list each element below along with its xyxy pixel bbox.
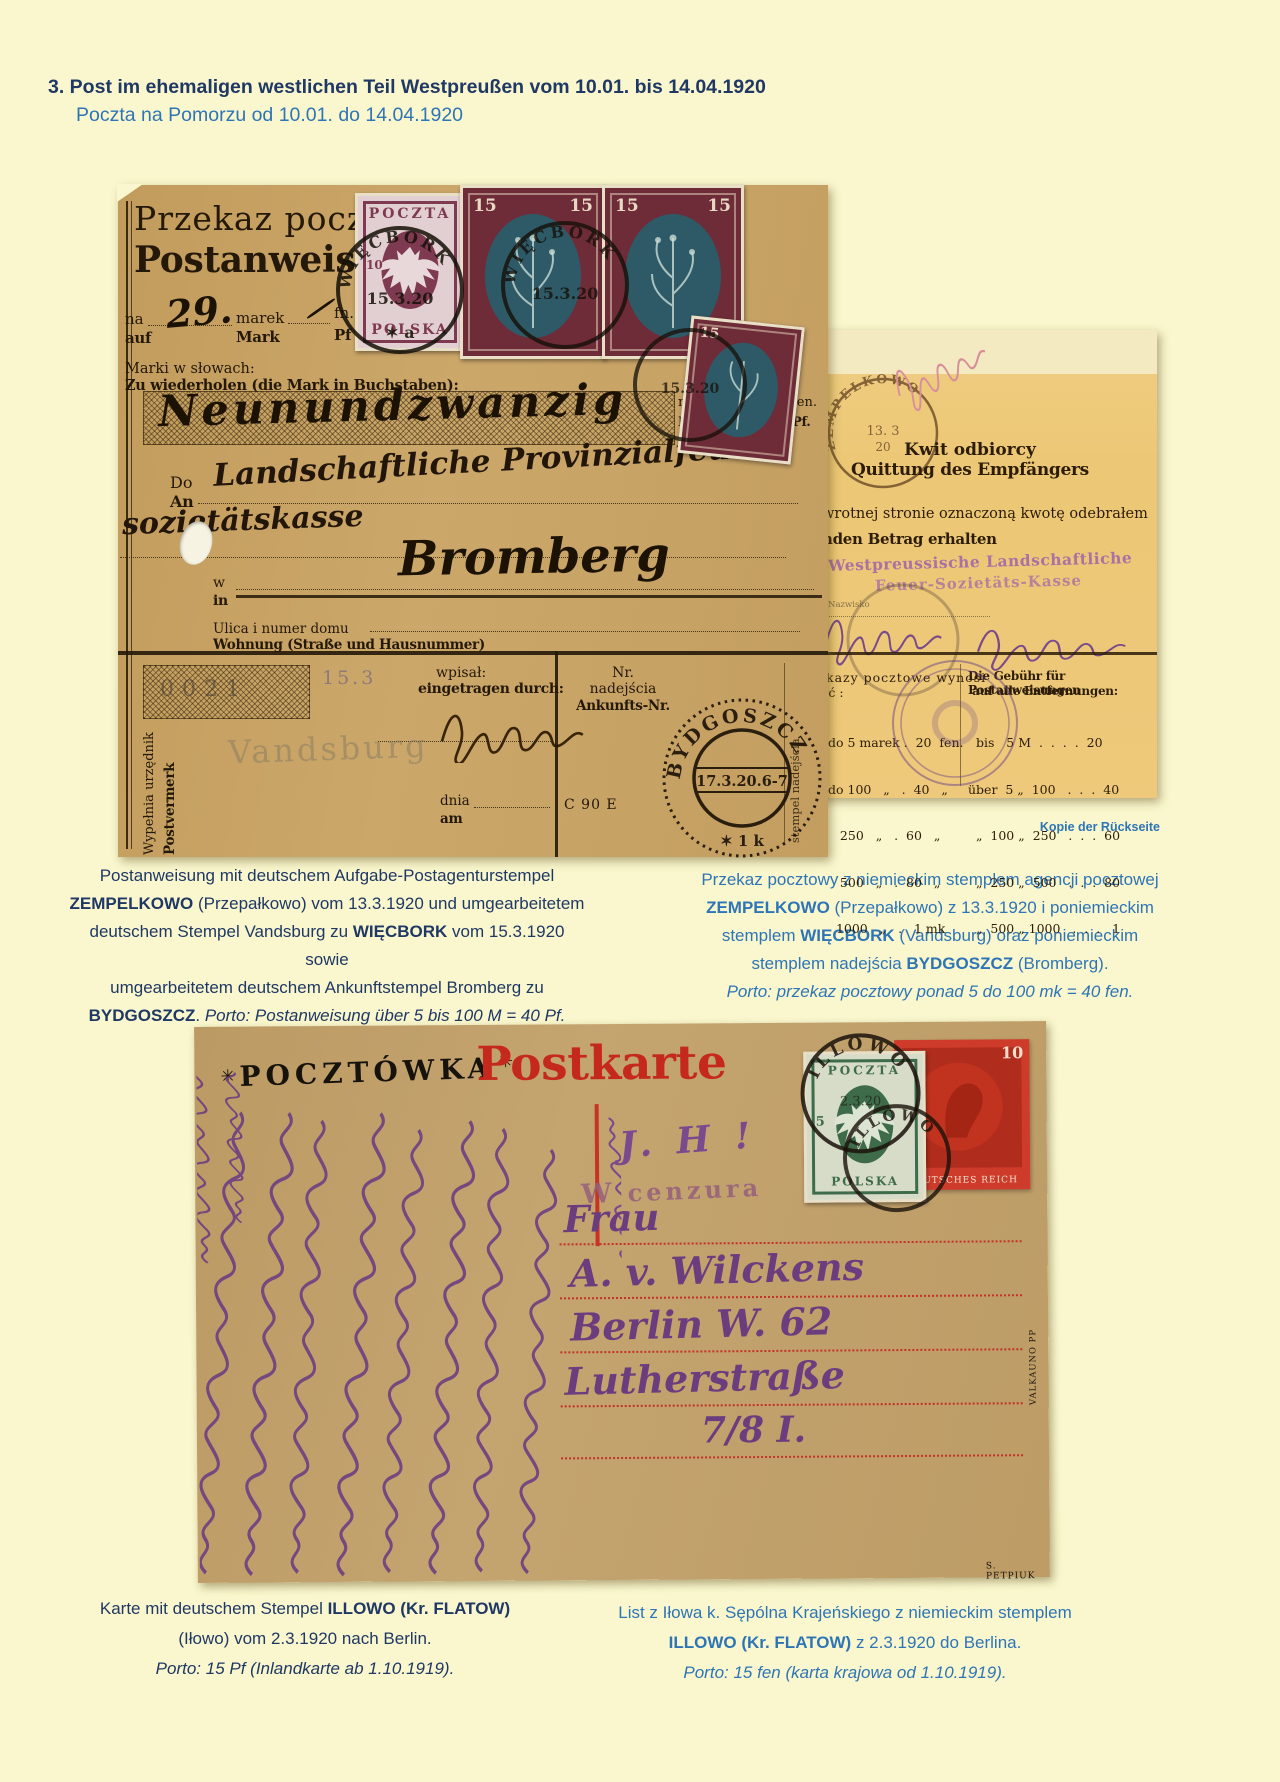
dnia-label: dnia [440,793,470,809]
caption-line: ZEMPELKOWO (Przepałkowo) vom 13.3.1920 u… [67,890,587,918]
cell-divider [555,651,558,857]
receipt-text-pl: wrotnej stronie oznaczoną kwotę odebrałe… [822,506,1148,522]
caption-line: Postanweisung mit deutschem Aufgabe-Post… [67,862,587,890]
svg-text:17.3.20.6-7: 17.3.20.6-7 [696,773,788,790]
address-ruled-line [561,1454,1023,1459]
postcard: ✳POCZTÓWKA✳ Postkarte J. H ! 10 DEUTSCHE… [194,1021,1050,1583]
album-page: 3. Post im ehemaligen westlichen Teil We… [0,0,1280,1782]
svg-text:15.3.20: 15.3.20 [661,381,720,397]
side-label-de: Postvermerk [162,690,178,855]
city-handwriting: Bromberg [398,527,671,588]
caption-line: (Iłowo) vom 2.3.1920 nach Berlin. [65,1624,545,1654]
fee-row: 1000 „ . 1 mk [828,921,963,937]
auf-label: auf [125,329,151,347]
arrival-nr-label: Nr. [578,665,668,681]
street-label-pl: Ulica i numer domu [213,621,349,637]
violet-handstamp-line1: Westpreussische Landschaftliche [828,548,1133,575]
caption-line: umgearbeitetem deutschem Ankunftstempel … [67,974,587,1002]
page-subtitle: Poczta na Pomorzu od 10.01. do 14.04.192… [76,104,463,127]
amount-handwriting: 29. [164,286,234,337]
caption-postcard-de: Karte mit deutschem Stempel ILLOWO (Kr. … [65,1594,545,1684]
address-ruled-line [561,1402,1023,1407]
arrival-stamp-column: stempel nadejścia [784,663,802,843]
marek-label: marek [236,309,284,327]
money-order-card: Przekaz pocztowy Postanweisung na marek … [118,185,828,857]
addressee-line-2: sozietätskasse [121,499,364,542]
form-code: C 90 E [564,797,618,813]
wiecbork-postmark: WIĘCBORK 15.3.20 ✶ a [325,215,475,365]
fee-row: 500 „ . 80 „ [828,875,963,891]
leader [288,323,330,324]
w-label: w [213,575,225,591]
pink-scribble [878,344,988,434]
side-label-pl: Wypełnia urzędnik [142,690,157,855]
svg-text:✶ 1 k: ✶ 1 k [720,832,764,850]
caption-money-order-de: Postanweisung mit deutschem Aufgabe-Post… [67,862,587,1030]
svg-text:✶ a: ✶ a [385,323,414,342]
fee-row: „ 100 „ 250 . . . 60 [968,828,1120,844]
printer-imprint-corner: S. PETPIUK [986,1561,1050,1581]
place-rule [236,595,822,598]
serial-date: 15.3 [322,667,376,689]
svg-text:WIĘCBORK: WIĘCBORK [334,226,456,291]
svg-text:15.3.20: 15.3.20 [532,284,599,303]
illowo-postmark-2: ILLOWO [837,1098,958,1219]
violet-circular-postmark [885,653,1025,793]
place-dotted [236,589,814,590]
na-label: na [125,310,144,328]
caption-line: Porto: 15 Pf (Inlandkarte ab 1.10.1919). [65,1654,545,1684]
wiecbork-postmark-3: 15.3.20 [625,320,755,450]
do-label: Do [170,473,192,492]
svg-text:ILLOWO: ILLOWO [803,1034,912,1083]
address-line-city: Berlin W. 62 [570,1298,833,1349]
mark-label: Mark [236,328,279,346]
receipt-title-de: Quittung des Empfängers [820,460,1120,480]
printer-imprint-side: VALKAUNO PP [1028,1309,1039,1405]
words-label-pl: Marki w słowach: [125,361,255,377]
wiecbork-postmark-2: WIĘCBORK 15.3.20 [490,210,640,360]
handwritten-message [196,1070,610,1581]
receipt-card: ZEMPELKOWO 13. 3 20 Kwit odbiorcy Quittu… [820,330,1157,798]
caption-line: Porto: przekaz pocztowy ponad 5 do 100 m… [660,978,1200,1006]
section-rule [118,651,828,655]
receipt-title-pl: Kwit odbiorcy [840,440,1100,460]
caption-line: Karte mit deutschem Stempel ILLOWO (Kr. … [65,1594,545,1624]
svg-text:WIĘCBORK: WIĘCBORK [499,221,621,286]
in-label: in [213,593,228,609]
caption-line: List z Iłowa k. Sępólna Krajeńskiego z n… [585,1598,1105,1628]
fee-row: 250 „ . 60 „ [828,828,963,844]
receipt-text-de: nden Betrag erhalten [822,530,997,548]
address-line-number: 7/8 I. [701,1409,806,1452]
greeting-handwriting: J. H ! [617,1114,757,1166]
am-label: am [440,811,462,827]
svg-text:ILLOWO: ILLOWO [845,1105,940,1150]
vandsburg-ghost: Vandsburg [227,727,429,772]
caption-line: deutschem Stempel Vandsburg zu WIĘCBORK … [67,918,587,974]
caption-line: Porto: 15 fen (karta krajowa od 1.10.191… [585,1658,1105,1688]
fee-row: „ 250 „ 500 . . . 80 [968,875,1120,891]
caption-postcard-pl: List z Iłowa k. Sępólna Krajeńskiego z n… [585,1598,1105,1688]
dnia-dotted [474,807,550,808]
address-line-name: A. v. Wilckens [569,1244,864,1296]
clerk-signature [432,673,592,763]
caption-line: ILLOWO (Kr. FLATOW) z 2.3.1920 do Berlin… [585,1628,1105,1658]
receipt-top-strip [820,330,1157,374]
stamp-value: 10 [1001,1043,1023,1062]
page-title: 3. Post im ehemaligen westlichen Teil We… [48,76,766,99]
svg-text:15.3.20: 15.3.20 [367,289,434,308]
fee-row: „ 500 „ 1000 . . . 1 [968,921,1120,937]
street-dotted [370,631,800,632]
